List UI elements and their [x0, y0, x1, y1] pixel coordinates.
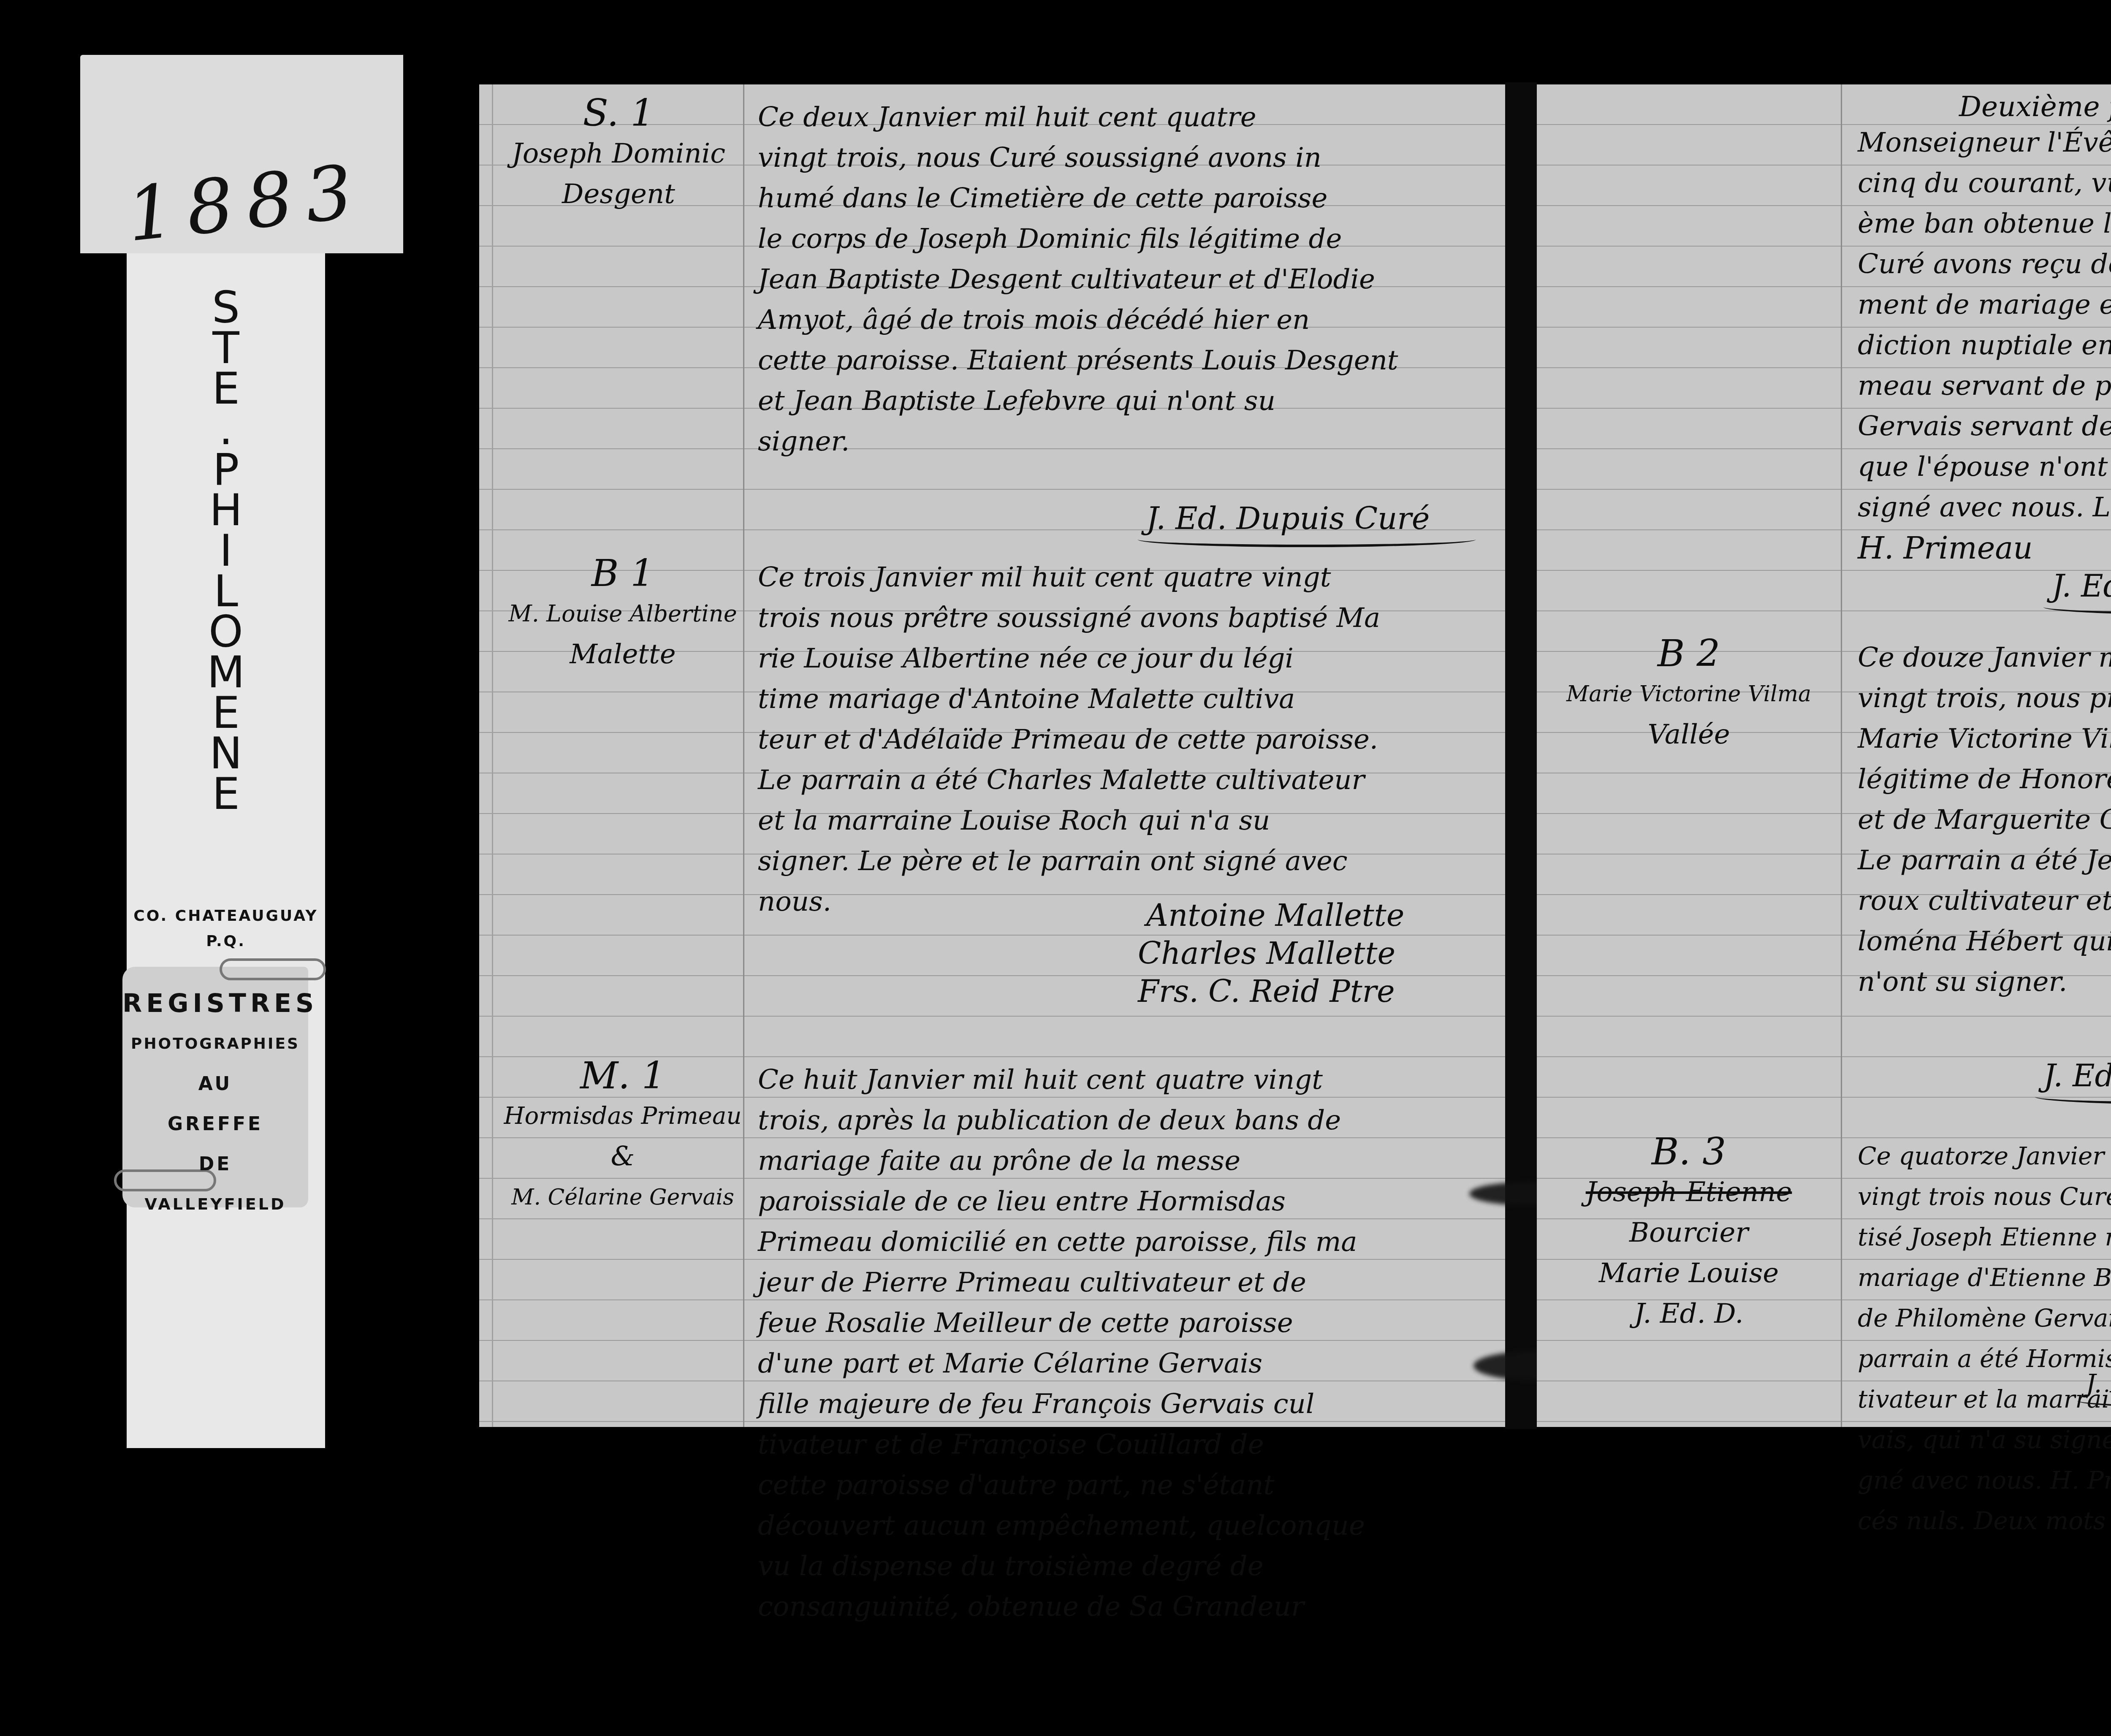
text-line: vingt trois, nous prêtre Curé avons bapt…	[1858, 678, 2111, 719]
stamp-line: REGISTRES	[122, 984, 308, 1024]
text-line: cés nuls. Deux mots à la marge bons. Lec…	[1858, 1500, 2111, 1541]
text-line: Ce quatorze Janvier mil huit cent quatre	[1858, 1136, 2111, 1176]
text-line: et Jean Baptiste Lefebvre qui n'ont su	[758, 381, 1398, 421]
entry-margin: B 1 M. Louise Albertine Malette	[496, 553, 749, 675]
text-line: découvert aucun empêchement, quelconque	[758, 1505, 1365, 1546]
entry-id: M. 1	[496, 1055, 749, 1096]
text-line: Gervais servant de père à l'épouse qui a…	[1858, 406, 2111, 447]
stamp-line: DE	[122, 1144, 308, 1184]
parish-letter: T	[212, 328, 239, 368]
entry-margin: S. 1 Joseph Dominic Desgent	[496, 93, 741, 214]
text-line: meau servant de père à l'époux François	[1858, 366, 2111, 406]
parish-letter: H	[209, 490, 242, 530]
text-line: d'une part et Marie Célarine Gervais	[758, 1343, 1365, 1384]
text-line: que l'épouse n'ont su signer. L'époux a	[1858, 447, 2111, 487]
register-page-left: S. 1 Joseph Dominic Desgent Ce deux Janv…	[479, 84, 1505, 1427]
entry-margin: M. 1 Hormisdas Primeau & M. Célarine Ger…	[496, 1055, 749, 1218]
text-line: vu la dispense du troisième degré de	[758, 1546, 1365, 1587]
entry-margin: B. 3 Joseph Etienne Bourcier Marie Louis…	[1537, 1131, 1841, 1334]
stamp-text: REGISTRES PHOTOGRAPHIES AU GREFFE DE VAL…	[122, 984, 308, 1224]
text-line: cinq du courant, vu aussi la dispense du…	[1858, 163, 2111, 203]
parish-letter: I	[220, 530, 233, 571]
entry-id: B. 3	[1537, 1131, 1841, 1172]
text-line: cette paroisse. Etaient présents Louis D…	[758, 340, 1398, 381]
text-line: gné avec nous. H. Primeau. Deux mots eff…	[1858, 1460, 2111, 1500]
parish-letter: N	[209, 733, 242, 773]
register-page-right: Deuxième feuillet 2 Monseigneur l'Évêque…	[1537, 84, 2111, 1427]
text-line: vais, qui n'a su signer. Le parrain a si	[1858, 1419, 2111, 1460]
text-line: parrain a été Hormisdas Primeau cul	[1858, 1338, 2111, 1379]
parish-letter: S	[212, 287, 240, 328]
county-label: CO. CHATEAUGUAY P.Q.	[131, 903, 321, 954]
parish-letter: E	[212, 368, 240, 409]
parish-letter: E	[212, 773, 240, 814]
text-line: Le parrain a été Jean Baptiste Gi	[1858, 840, 2111, 881]
signature-flourish	[1138, 532, 1476, 547]
text-line: Ce douze Janvier mil huit cent quatre	[1858, 637, 2111, 678]
entry-id: S. 1	[496, 93, 741, 133]
margin-rule	[743, 84, 744, 1427]
margin-name: Marie Victorine Vilma	[1537, 674, 1841, 714]
province-name: P.Q.	[131, 929, 321, 954]
text-line: signé avec nous. Lecture faite	[1858, 487, 2111, 528]
text-line: n'ont su signer.	[1858, 962, 2111, 1002]
text-line: le corps de Joseph Dominic fils légitime…	[758, 219, 1398, 259]
text-line: et la marraine Louise Roch qui n'a su	[758, 800, 1380, 841]
parish-name-vertical: S T E . P H I L O M E N E	[127, 287, 325, 814]
parish-letter: M	[207, 652, 245, 692]
paper-clip-icon	[220, 958, 326, 980]
text-line: tivateur et de Françoise Couillard de	[758, 1424, 1365, 1465]
text-line: Marie Victorine Vilma née ce jour fille	[1858, 719, 2111, 759]
text-line: ème ban obtenue le même jour, nous souss…	[1858, 203, 2111, 244]
text-line: mariage faite au prône de la messe	[758, 1141, 1365, 1181]
binding-gutter	[1505, 82, 1537, 1429]
text-line: roux cultivateur et la marraine Phi	[1858, 881, 2111, 921]
text-line: ment de mariage et leur avons donné la b…	[1858, 285, 2111, 325]
entry-body: Ce douze Janvier mil huit cent quatre vi…	[1858, 637, 2111, 1002]
text-line: Primeau domicilié en cette paroisse, fil…	[758, 1222, 1365, 1262]
stamp-line: AU	[122, 1064, 308, 1104]
text-line: Ce deux Janvier mil huit cent quatre	[758, 97, 1398, 138]
margin-name: Malette	[496, 634, 749, 675]
entry-id: B 2	[1537, 633, 1841, 674]
margin-name: &	[496, 1137, 749, 1177]
text-line: et de Marguerite Giroux de cette paroiss…	[1858, 800, 2111, 840]
parish-letter: L	[214, 571, 238, 611]
margin-name: M. Célarine Gervais	[496, 1177, 749, 1218]
text-line: tisé Joseph Etienne née ce jour du légit…	[1858, 1217, 2111, 1257]
text-line: Le parrain a été Charles Malette cultiva…	[758, 760, 1380, 800]
stamp-line: PHOTOGRAPHIES	[122, 1024, 308, 1064]
text-line: Curé avons reçu des époux leur mutuel co…	[1858, 244, 2111, 285]
entry-id: B 1	[496, 553, 749, 594]
text-line: feue Rosalie Meilleur de cette paroisse	[758, 1303, 1365, 1343]
margin-name: M. Louise Albertine	[496, 594, 749, 634]
text-line: légitime de Honoré Vallée cultivateur	[1858, 759, 2111, 800]
text-line: vingt trois nous Curé soussigné avons ba…	[1858, 1176, 2111, 1217]
margin-name-struck: Joseph Etienne	[1537, 1172, 1841, 1212]
text-line: loména Hébert qui ainsi que le père	[1858, 921, 2111, 962]
text-line: Amyot, âgé de trois mois décédé hier en	[758, 300, 1398, 340]
text-line: Ce huit Janvier mil huit cent quatre vin…	[758, 1060, 1365, 1100]
text-line: mariage d'Etienne Bourcier cultivateur e…	[1858, 1257, 2111, 1298]
entry-margin: B 2 Marie Victorine Vilma Vallée	[1537, 633, 1841, 755]
county-name: CO. CHATEAUGUAY	[131, 903, 321, 929]
entry-body: Ce quatorze Janvier mil huit cent quatre…	[1858, 1136, 2111, 1541]
margin-name: Joseph Dominic	[496, 133, 741, 174]
text-line: paroissiale de ce lieu entre Hormisdas	[758, 1181, 1365, 1222]
margin-name: Hormisdas Primeau	[496, 1096, 749, 1137]
text-line: Jean Baptiste Desgent cultivateur et d'E…	[758, 259, 1398, 300]
margin-rule	[1841, 84, 1842, 1427]
margin-initials: J. Ed. D.	[1537, 1294, 1841, 1334]
page-edge-rule	[492, 84, 493, 1427]
text-line: humé dans le Cimetière de cette paroisse	[758, 178, 1398, 219]
stamp-line: GREFFE	[122, 1104, 308, 1144]
entry-body: Ce huit Janvier mil huit cent quatre vin…	[758, 1060, 1365, 1627]
text-line: vingt trois, nous Curé soussigné avons i…	[758, 138, 1398, 178]
witness-signature: Antoine Mallette	[1146, 895, 1404, 936]
text-line: time mariage d'Antoine Malette cultiva	[758, 679, 1380, 719]
margin-name: Desgent	[496, 174, 741, 214]
text-line: tivateur et la marraine Marie Célarine G…	[1858, 1379, 2111, 1419]
margin-name: Marie Louise	[1537, 1253, 1841, 1294]
text-line: jeur de Pierre Primeau cultivateur et de	[758, 1262, 1365, 1303]
text-line: cette paroisse d'autre part, ne s'étant	[758, 1465, 1365, 1505]
text-line: Monseigneur l'Évêque de Montréal en date…	[1858, 122, 2111, 163]
text-line: rie Louise Albertine née ce jour du légi	[758, 638, 1380, 679]
parish-letter: E	[212, 692, 240, 733]
text-line: trois, après la publication de deux bans…	[758, 1100, 1365, 1141]
stamp-line: VALLEYFIELD	[122, 1184, 308, 1224]
parish-letter: .	[219, 409, 233, 449]
priest-signature: Frs. C. Reid Ptre	[1138, 971, 1395, 1012]
text-line: teur et d'Adélaïde Primeau de cette paro…	[758, 719, 1380, 760]
parish-letter: P	[213, 449, 239, 490]
entry-continuation: Monseigneur l'Évêque de Montréal en date…	[1858, 122, 2111, 528]
text-line: consanguinité, obtenue de Sa Grandeur	[758, 1587, 1365, 1627]
margin-name: Bourcier	[1537, 1212, 1841, 1253]
sheet-header: Deuxième feuillet	[1959, 87, 2111, 127]
entry-body: Ce trois Janvier mil huit cent quatre vi…	[758, 557, 1380, 922]
text-line: Ce trois Janvier mil huit cent quatre vi…	[758, 557, 1380, 598]
parish-letter: O	[209, 611, 243, 652]
entry-body: Ce deux Janvier mil huit cent quatre vin…	[758, 97, 1398, 462]
margin-name: Vallée	[1537, 714, 1841, 755]
text-line: fille majeure de feu François Gervais cu…	[758, 1384, 1365, 1424]
text-line: signer. Le père et le parrain ont signé …	[758, 841, 1380, 882]
text-line: signer.	[758, 421, 1398, 462]
text-line: diction nuptiale en présence de Louis Pr…	[1858, 325, 2111, 366]
text-line: de Philomène Gervais de cette paroisse. …	[1858, 1298, 2111, 1338]
text-line: trois nous prêtre soussigné avons baptis…	[758, 598, 1380, 638]
groom-signature: H. Primeau	[1858, 528, 2033, 568]
witness-signature: Charles Mallette	[1138, 933, 1395, 974]
